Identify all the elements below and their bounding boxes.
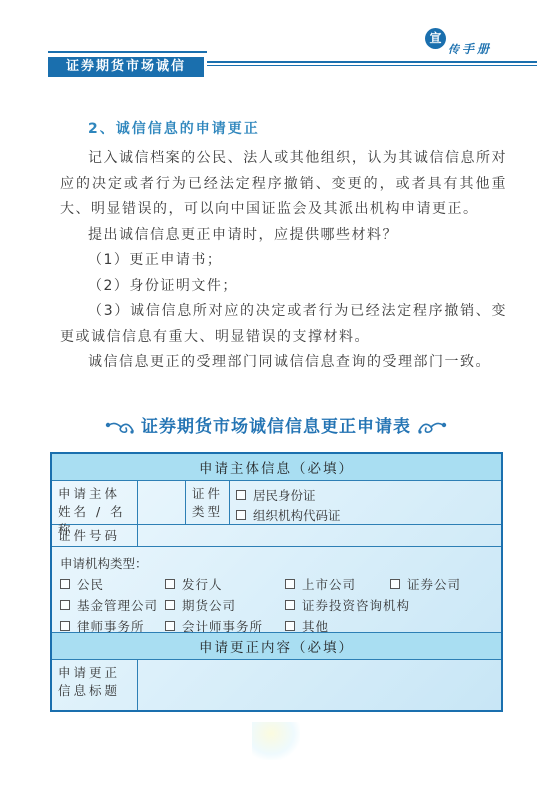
checkbox-icon[interactable] — [165, 579, 175, 589]
correction-title-input-cell[interactable] — [138, 660, 501, 710]
org-type-option: 发行人 — [165, 575, 285, 593]
org-type-options-row: 律师事务所 会计师事务所 其他 — [60, 615, 493, 636]
cert-number-input-cell[interactable] — [138, 534, 501, 538]
article-paragraph: 提出诚信信息更正申请时，应提供哪些材料？ — [60, 223, 507, 249]
article-list-item: （2）身份证明文件； — [60, 274, 507, 300]
table-row-org-type: 申请机构类型： 公民 发行人 上市公司 证券公司 基金管理公司 期货公司 证券投… — [52, 547, 501, 633]
checkbox-icon[interactable] — [60, 600, 70, 610]
org-type-option: 证券公司 — [390, 575, 461, 593]
org-type-option: 上市公司 — [285, 575, 390, 593]
cert-number-label: 证件号码 — [52, 525, 138, 547]
section-header-subject-info: 申请主体信息（必填） — [52, 454, 501, 481]
checkbox-icon[interactable] — [285, 621, 295, 631]
org-type-option: 会计师事务所 — [165, 617, 285, 635]
cert-type-option-label: 居民身份证 — [253, 486, 316, 504]
logo-char: 传 — [448, 41, 459, 57]
checkbox-icon[interactable] — [285, 600, 295, 610]
article-body: 2、诚信信息的申请更正 记入诚信档案的公民、法人或其他组织，认为其诚信信息所对应… — [60, 118, 507, 376]
applicant-name-input-cell[interactable] — [138, 481, 186, 524]
org-type-options-row: 基金管理公司 期货公司 证券投资咨询机构 — [60, 594, 493, 615]
checkbox-icon[interactable] — [285, 579, 295, 589]
checkbox-icon[interactable] — [60, 579, 70, 589]
cert-type-option-label: 组织机构代码证 — [253, 506, 341, 524]
table-row-applicant: 申请主体 姓名 / 名称 证件 类型 居民身份证 组织机构代码证 — [52, 481, 501, 525]
article-heading: 2、诚信信息的申请更正 — [88, 118, 507, 138]
header-band-title: 证券期货市场诚信 — [48, 57, 204, 77]
cert-type-options-cell: 居民身份证 组织机构代码证 — [230, 481, 501, 524]
article-list-item: （1）更正申请书； — [60, 248, 507, 274]
article-paragraph: 记入诚信档案的公民、法人或其他组织，认为其诚信信息所对应的决定或者行为已经法定程… — [60, 146, 507, 223]
form-title: 证券期货市场诚信信息更正申请表 — [141, 417, 411, 437]
org-type-option: 其他 — [285, 617, 329, 635]
checkbox-icon[interactable] — [165, 621, 175, 631]
cert-type-option: 组织机构代码证 — [236, 505, 495, 525]
applicant-name-label: 申请主体 姓名 / 名称 — [52, 481, 138, 524]
article-list-item: （3）诚信信息所对应的决定或者行为已经法定程序撤销、变更或诚信信息有重大、明显错… — [60, 299, 507, 350]
checkbox-icon[interactable] — [165, 600, 175, 610]
org-type-option: 期货公司 — [165, 596, 285, 614]
flourish-icon — [105, 419, 135, 435]
org-type-option: 证券投资咨询机构 — [285, 596, 410, 614]
logo-char: 手 — [462, 40, 474, 57]
handbook-logo: 宣传手册 — [425, 28, 515, 58]
page-footer-ornament — [252, 722, 300, 760]
handbook-page: 证券期货市场诚信 宣传手册 2、诚信信息的申请更正 记入诚信档案的公民、法人或其… — [0, 0, 552, 790]
cert-type-label: 证件 类型 — [186, 481, 230, 524]
correction-title-label: 申请更正 信息标题 — [52, 660, 138, 710]
org-type-cell: 申请机构类型： 公民 发行人 上市公司 证券公司 基金管理公司 期货公司 证券投… — [52, 547, 501, 632]
section-header-correction-content: 申请更正内容（必填） — [52, 633, 501, 660]
checkbox-icon[interactable] — [60, 621, 70, 631]
logo-circle-icon: 宣 — [425, 28, 446, 49]
table-row-correction-title: 申请更正 信息标题 — [52, 660, 501, 710]
form-title-row: 证券期货市场诚信信息更正申请表 — [0, 412, 552, 437]
header-rule-line — [48, 51, 207, 53]
header-double-rule — [207, 61, 537, 66]
logo-char: 册 — [477, 40, 489, 57]
org-type-option: 律师事务所 — [60, 617, 165, 635]
table-row-cert-number: 证件号码 — [52, 525, 501, 547]
cert-type-option: 居民身份证 — [236, 485, 495, 505]
org-type-option: 基金管理公司 — [60, 596, 165, 614]
checkbox-icon[interactable] — [236, 510, 246, 520]
checkbox-icon[interactable] — [236, 490, 246, 500]
application-form-table: 申请主体信息（必填） 申请主体 姓名 / 名称 证件 类型 居民身份证 组织机构… — [50, 452, 503, 712]
flourish-icon — [417, 419, 447, 435]
org-type-options-row: 公民 发行人 上市公司 证券公司 — [60, 573, 493, 594]
org-type-option: 公民 — [60, 575, 165, 593]
org-type-label: 申请机构类型： — [60, 552, 493, 573]
checkbox-icon[interactable] — [390, 579, 400, 589]
article-paragraph: 诚信信息更正的受理部门同诚信信息查询的受理部门一致。 — [60, 350, 507, 376]
